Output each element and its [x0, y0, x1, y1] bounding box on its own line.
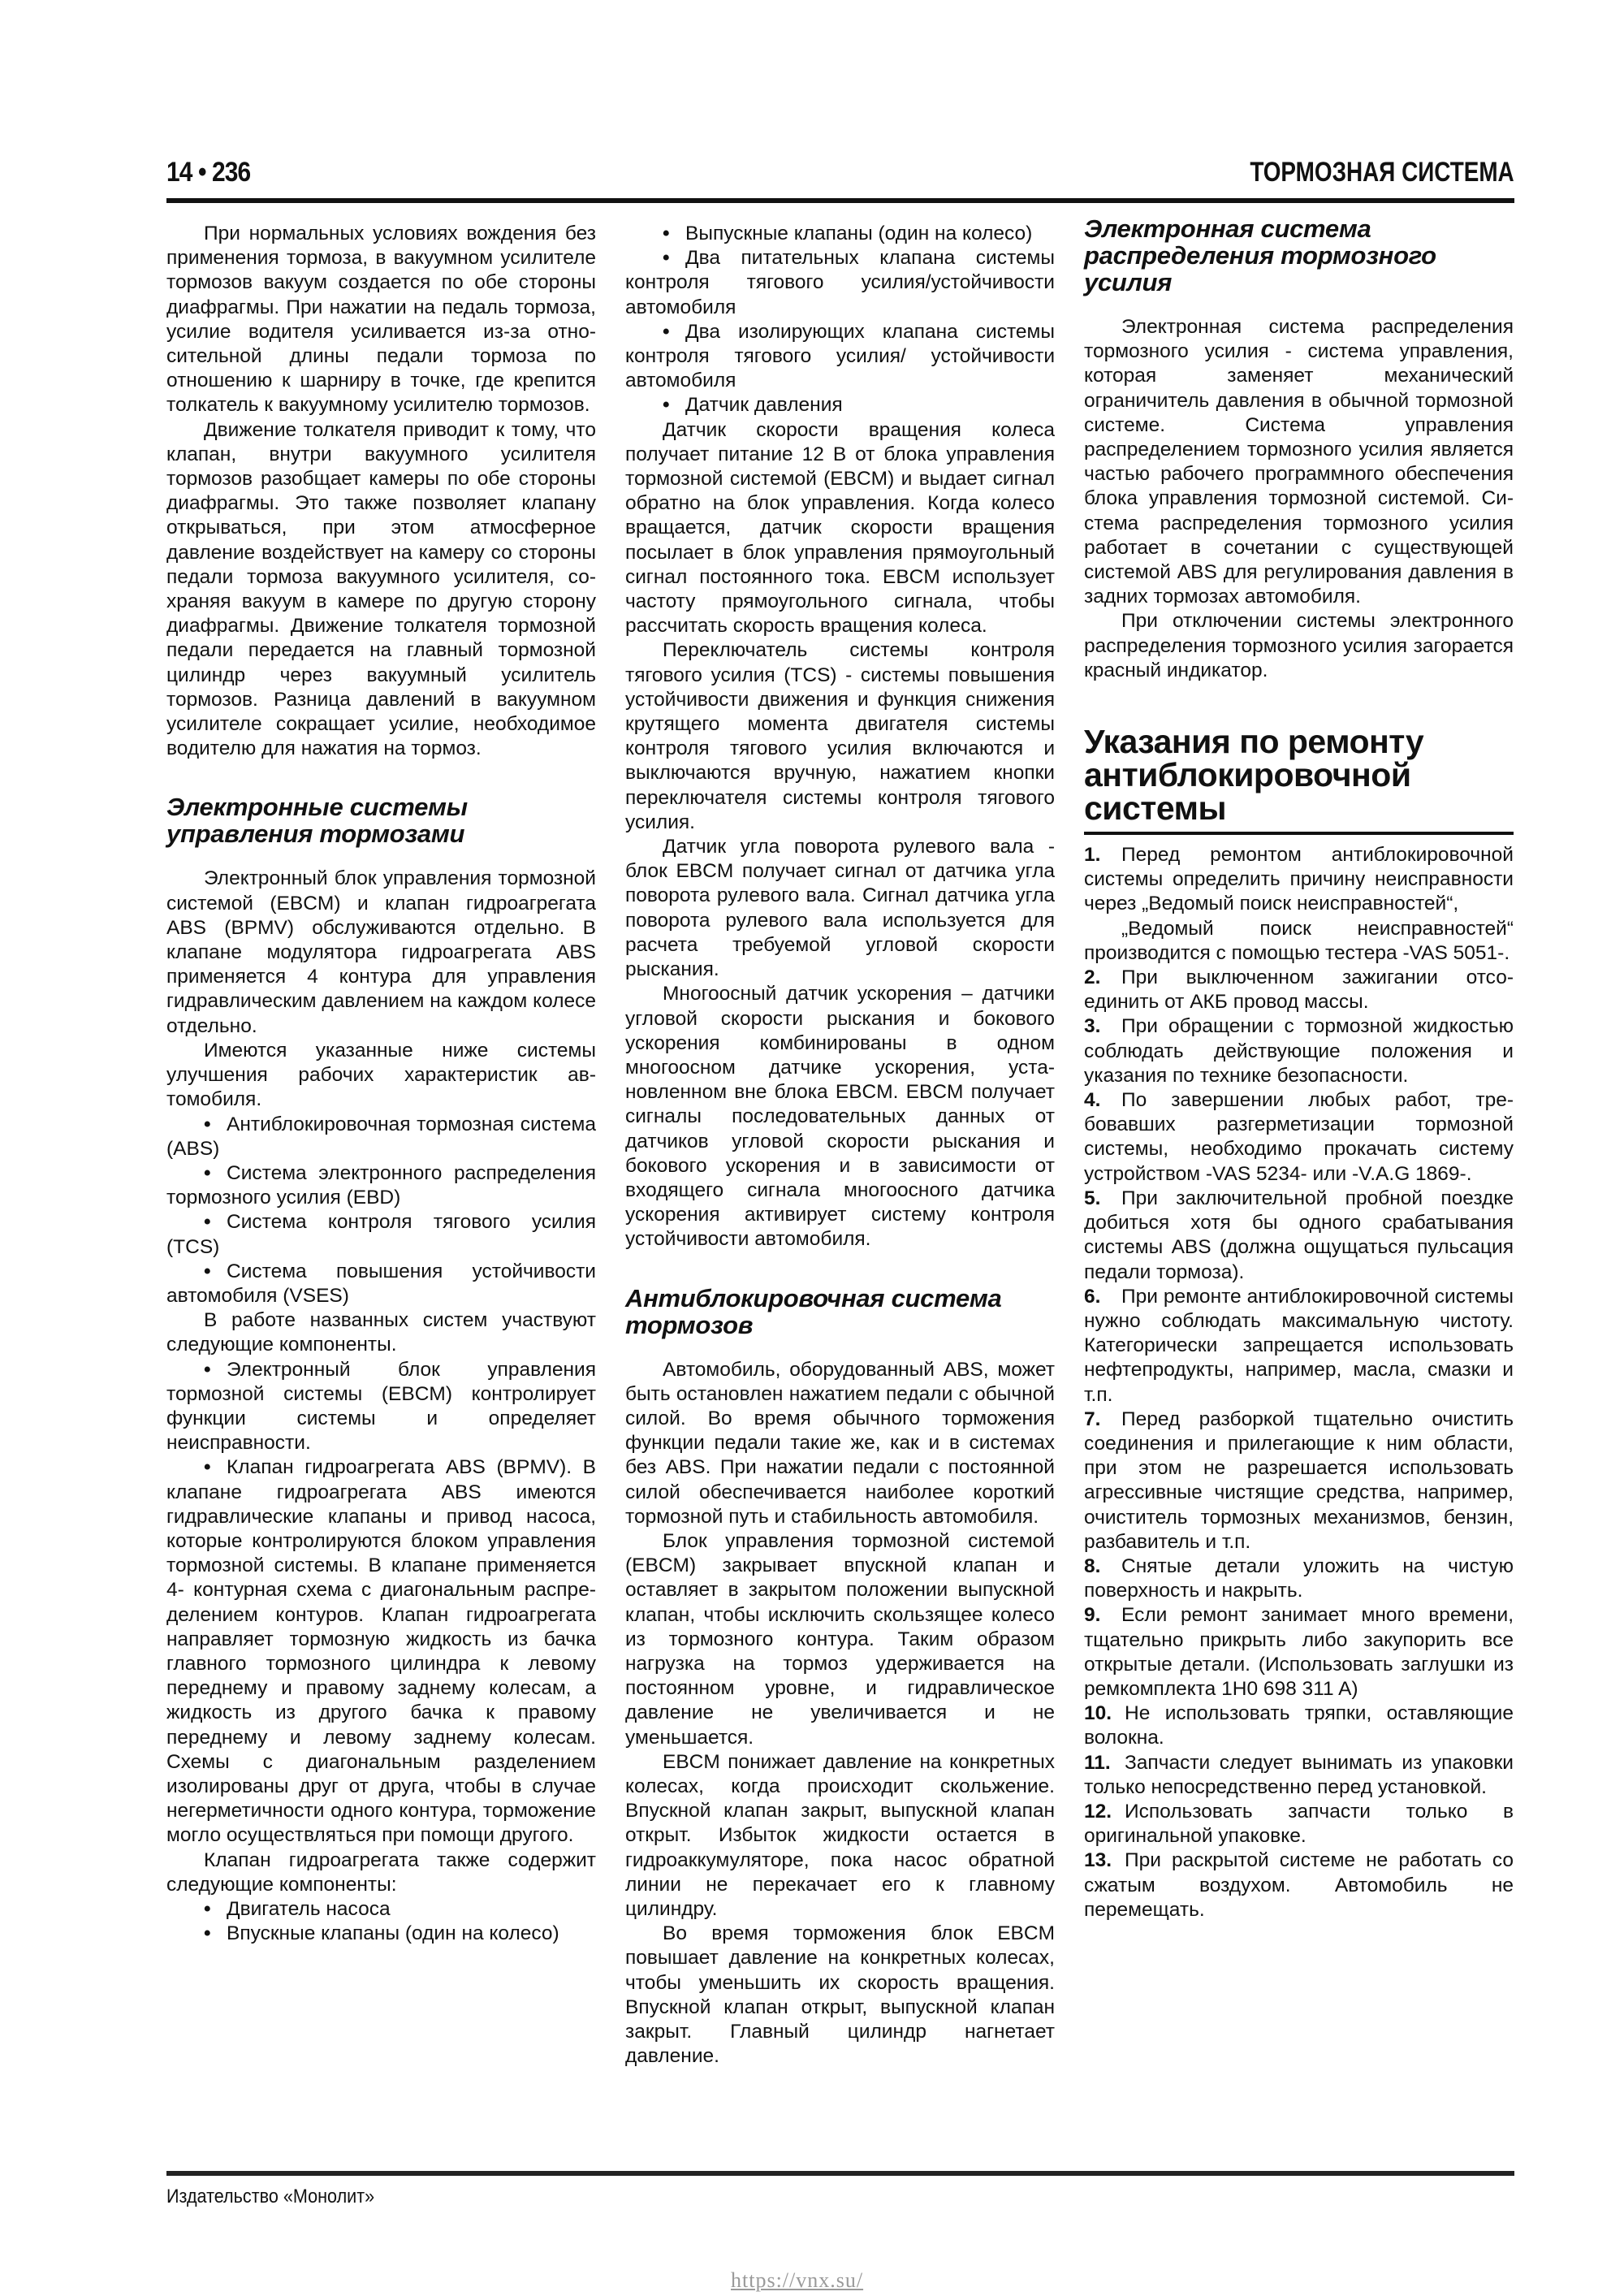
page-number: 14 • 236: [166, 157, 250, 188]
item-number: 8.: [1084, 1554, 1121, 1579]
bullet-item: Два питательных клапана систе­мы контрол…: [625, 246, 1055, 320]
bullet-item: Выпускные клапаны (один на ко­лесо): [625, 222, 1055, 246]
section-title: ТОРМОЗНАЯ СИСТЕМА: [1250, 157, 1514, 188]
paragraph: Датчик угла поворота рулевого вала - бло…: [625, 835, 1055, 982]
text-columns: При нормальных условиях вожде­ния без пр…: [166, 222, 1514, 2069]
heading-rule: [1084, 832, 1514, 835]
item-text: Не использовать тряпки, оставляю­щие вол…: [1084, 1702, 1514, 1749]
item-text: При ремонте антиблокировочной системы ну…: [1084, 1286, 1514, 1406]
section-heading: Электронная система распределения тормоз…: [1084, 215, 1514, 296]
paragraph: Во время торможения блок EBCM повышает д…: [625, 1922, 1055, 2069]
item-number: 2.: [1084, 966, 1121, 990]
item-number: 9.: [1084, 1603, 1121, 1628]
paragraph: Многоосный датчик ускорения – дат­чики у…: [625, 982, 1055, 1252]
bullet-item: Двигатель насоса: [166, 1897, 596, 1922]
bullet-item: Электронный блок управления тормозной си…: [166, 1358, 596, 1456]
item-text: Использовать запчасти только в оригиналь…: [1084, 1801, 1514, 1847]
section-heading: Антиблокировочная система тормозов: [625, 1285, 1055, 1338]
header-rule: [166, 198, 1514, 203]
numbered-item: 5.При заключительной пробной по­ездке до…: [1084, 1187, 1514, 1285]
item-text: Перед разборкой тщательно очи­стить соед…: [1084, 1408, 1514, 1553]
item-text: Перед ремонтом антиблокировоч­ной систем…: [1084, 844, 1514, 915]
numbered-item: 3.При обращении с тормозной жид­костью с…: [1084, 1014, 1514, 1088]
numbered-item: 13.При раскрытой системе не рабо­тать со…: [1084, 1848, 1514, 1922]
running-header: 14 • 236 ТОРМОЗНАЯ СИСТЕМА: [166, 146, 1514, 188]
paragraph: Датчик скорости вращения колеса получает…: [625, 418, 1055, 639]
paragraph: Переключатель системы контроля тягового …: [625, 638, 1055, 835]
bullet-item: Система контроля тягового уси­лия (TCS): [166, 1210, 596, 1259]
numbered-item: 4.По завершении любых работ, тре­бовавши…: [1084, 1088, 1514, 1187]
left-column: При нормальных условиях вожде­ния без пр…: [166, 222, 596, 2069]
paragraph: Клапан гидроагрегата также со­держит сле…: [166, 1848, 596, 1897]
item-text: По завершении любых работ, тре­бовавших …: [1084, 1089, 1514, 1185]
item-text: При обращении с тормозной жид­костью соб…: [1084, 1015, 1514, 1086]
item-number: 6.: [1084, 1285, 1121, 1309]
bullet-item: Система повышения устойчиво­сти автомоби…: [166, 1260, 596, 1308]
numbered-item: 9.Если ремонт занимает много вре­мени, т…: [1084, 1603, 1514, 1701]
numbered-item: 7.Перед разборкой тщательно очи­стить со…: [1084, 1407, 1514, 1554]
section-heading: Электронные системы управления тормозами: [166, 793, 596, 847]
numbered-item: 11.Запчасти следует вынимать из упа­ковк…: [1084, 1751, 1514, 1800]
page: 14 • 236 ТОРМОЗНАЯ СИСТЕМА При нормальны…: [166, 146, 1514, 203]
item-text: Если ремонт занимает много вре­мени, тща…: [1084, 1604, 1514, 1700]
paragraph: Электронный блок управления тор­мозной с…: [166, 867, 596, 1038]
item-number: 13.: [1084, 1848, 1125, 1873]
numbered-item: 1.Перед ремонтом антиблокировоч­ной сист…: [1084, 843, 1514, 917]
numbered-item: 12.Использовать запчасти только в оригин…: [1084, 1800, 1514, 1848]
paragraph: Движение толкателя приводит к тому, что …: [166, 418, 596, 762]
bullet-item: Клапан гидроагрегата ABS (BPMV). В клапа…: [166, 1455, 596, 1848]
page-footer: Издательство «Монолит»: [166, 2171, 1514, 2208]
numbered-item: 6.При ремонте антиблокировочной системы …: [1084, 1285, 1514, 1407]
paragraph: Электронная система распреде­ления тормо…: [1084, 315, 1514, 609]
item-number: 10.: [1084, 1701, 1125, 1726]
bullet-item: Система электронного распре­деления торм…: [166, 1161, 596, 1210]
item-text: При выключенном зажигании отсо­единить о…: [1084, 966, 1514, 1013]
bullet-item: Антиблокировочная тормозная система (ABS…: [166, 1113, 596, 1161]
watermark-link[interactable]: https://vnx.su/: [731, 2268, 863, 2293]
item-number: 3.: [1084, 1014, 1121, 1039]
numbered-item: 2.При выключенном зажигании отсо­единить…: [1084, 966, 1514, 1014]
item-text: Запчасти следует вынимать из упа­ковки т…: [1084, 1752, 1514, 1798]
item-text: При заключительной пробной по­ездке доби…: [1084, 1187, 1514, 1283]
item-text: Снятые детали уложить на чистую поверхно…: [1084, 1555, 1514, 1602]
item-number: 7.: [1084, 1407, 1121, 1432]
item-number: 5.: [1084, 1187, 1121, 1211]
numbered-item-continuation: „Ведомый поиск неисправностей“ производи…: [1084, 917, 1514, 966]
paragraph: При отключении системы элек­тронного рас…: [1084, 609, 1514, 683]
middle-column: Выпускные клапаны (один на ко­лесо) Два …: [625, 222, 1055, 2069]
paragraph: В работе названных систем уча­ствуют сле…: [166, 1308, 596, 1357]
bullet-item: Датчик давления: [625, 393, 1055, 417]
paragraph: При нормальных условиях вожде­ния без пр…: [166, 222, 596, 418]
right-column: Электронная система распределения тормоз…: [1084, 222, 1514, 2069]
item-number: 12.: [1084, 1800, 1125, 1824]
item-number: 11.: [1084, 1751, 1125, 1775]
numbered-item: 10.Не использовать тряпки, оставляю­щие …: [1084, 1701, 1514, 1750]
bullet-item: Впускные клапаны (один на ко­лесо): [166, 1922, 596, 1946]
item-number: 4.: [1084, 1088, 1121, 1113]
paragraph: Автомобиль, оборудованный ABS, может быт…: [625, 1358, 1055, 1529]
paragraph: Блок управления тормозной систе­мой (EBC…: [625, 1529, 1055, 1750]
numbered-item: 8.Снятые детали уложить на чистую поверх…: [1084, 1554, 1514, 1603]
footer-rule: [166, 2171, 1514, 2176]
chapter-heading: Указания по ремонту антиблокировочной си…: [1084, 725, 1514, 825]
item-number: 1.: [1084, 843, 1121, 867]
bullet-item: Два изолирующих клапана си­стемы контрол…: [625, 320, 1055, 394]
publisher-name: Издательство «Монолит»: [166, 2186, 1380, 2208]
paragraph: Имеются указанные ниже системы улучшения…: [166, 1039, 596, 1113]
item-text: При раскрытой системе не рабо­тать со сж…: [1084, 1849, 1514, 1920]
paragraph: EBCM понижает давление на кон­кретных ко…: [625, 1750, 1055, 1922]
